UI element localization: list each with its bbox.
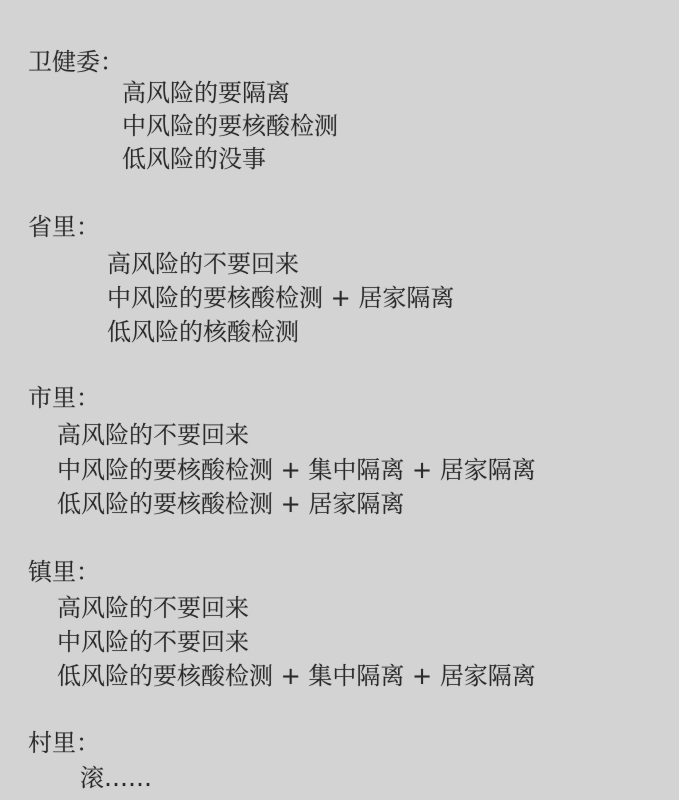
health-commission-high-risk: 高风险的要隔离 xyxy=(122,78,290,108)
health-commission-low-risk: 低风险的没事 xyxy=(122,144,266,174)
town-low-risk: 低风险的要核酸检测 + 集中隔离 + 居家隔离 xyxy=(57,661,536,691)
section-heading-town: 镇里： xyxy=(28,557,100,587)
city-low-risk: 低风险的要核酸检测 + 居家隔离 xyxy=(57,489,404,519)
city-medium-risk: 中风险的要核酸检测 + 集中隔离 + 居家隔离 xyxy=(57,455,536,485)
province-medium-risk: 中风险的要核酸检测 + 居家隔离 xyxy=(107,283,454,313)
section-heading-village: 村里： xyxy=(28,728,100,758)
health-commission-medium-risk: 中风险的要核酸检测 xyxy=(122,111,338,141)
section-heading-province: 省里： xyxy=(28,212,100,242)
province-high-risk: 高风险的不要回来 xyxy=(107,249,299,279)
city-high-risk: 高风险的不要回来 xyxy=(57,420,249,450)
document-page: 卫健委： 高风险的要隔离 中风险的要核酸检测 低风险的没事 省里： 高风险的不要… xyxy=(0,0,679,800)
section-heading-health-commission: 卫健委： xyxy=(28,47,124,77)
town-medium-risk: 中风险的不要回来 xyxy=(57,627,249,657)
province-low-risk: 低风险的核酸检测 xyxy=(107,317,299,347)
section-heading-city: 市里： xyxy=(28,383,100,413)
village-response: 滚…… xyxy=(80,763,152,793)
town-high-risk: 高风险的不要回来 xyxy=(57,593,249,623)
